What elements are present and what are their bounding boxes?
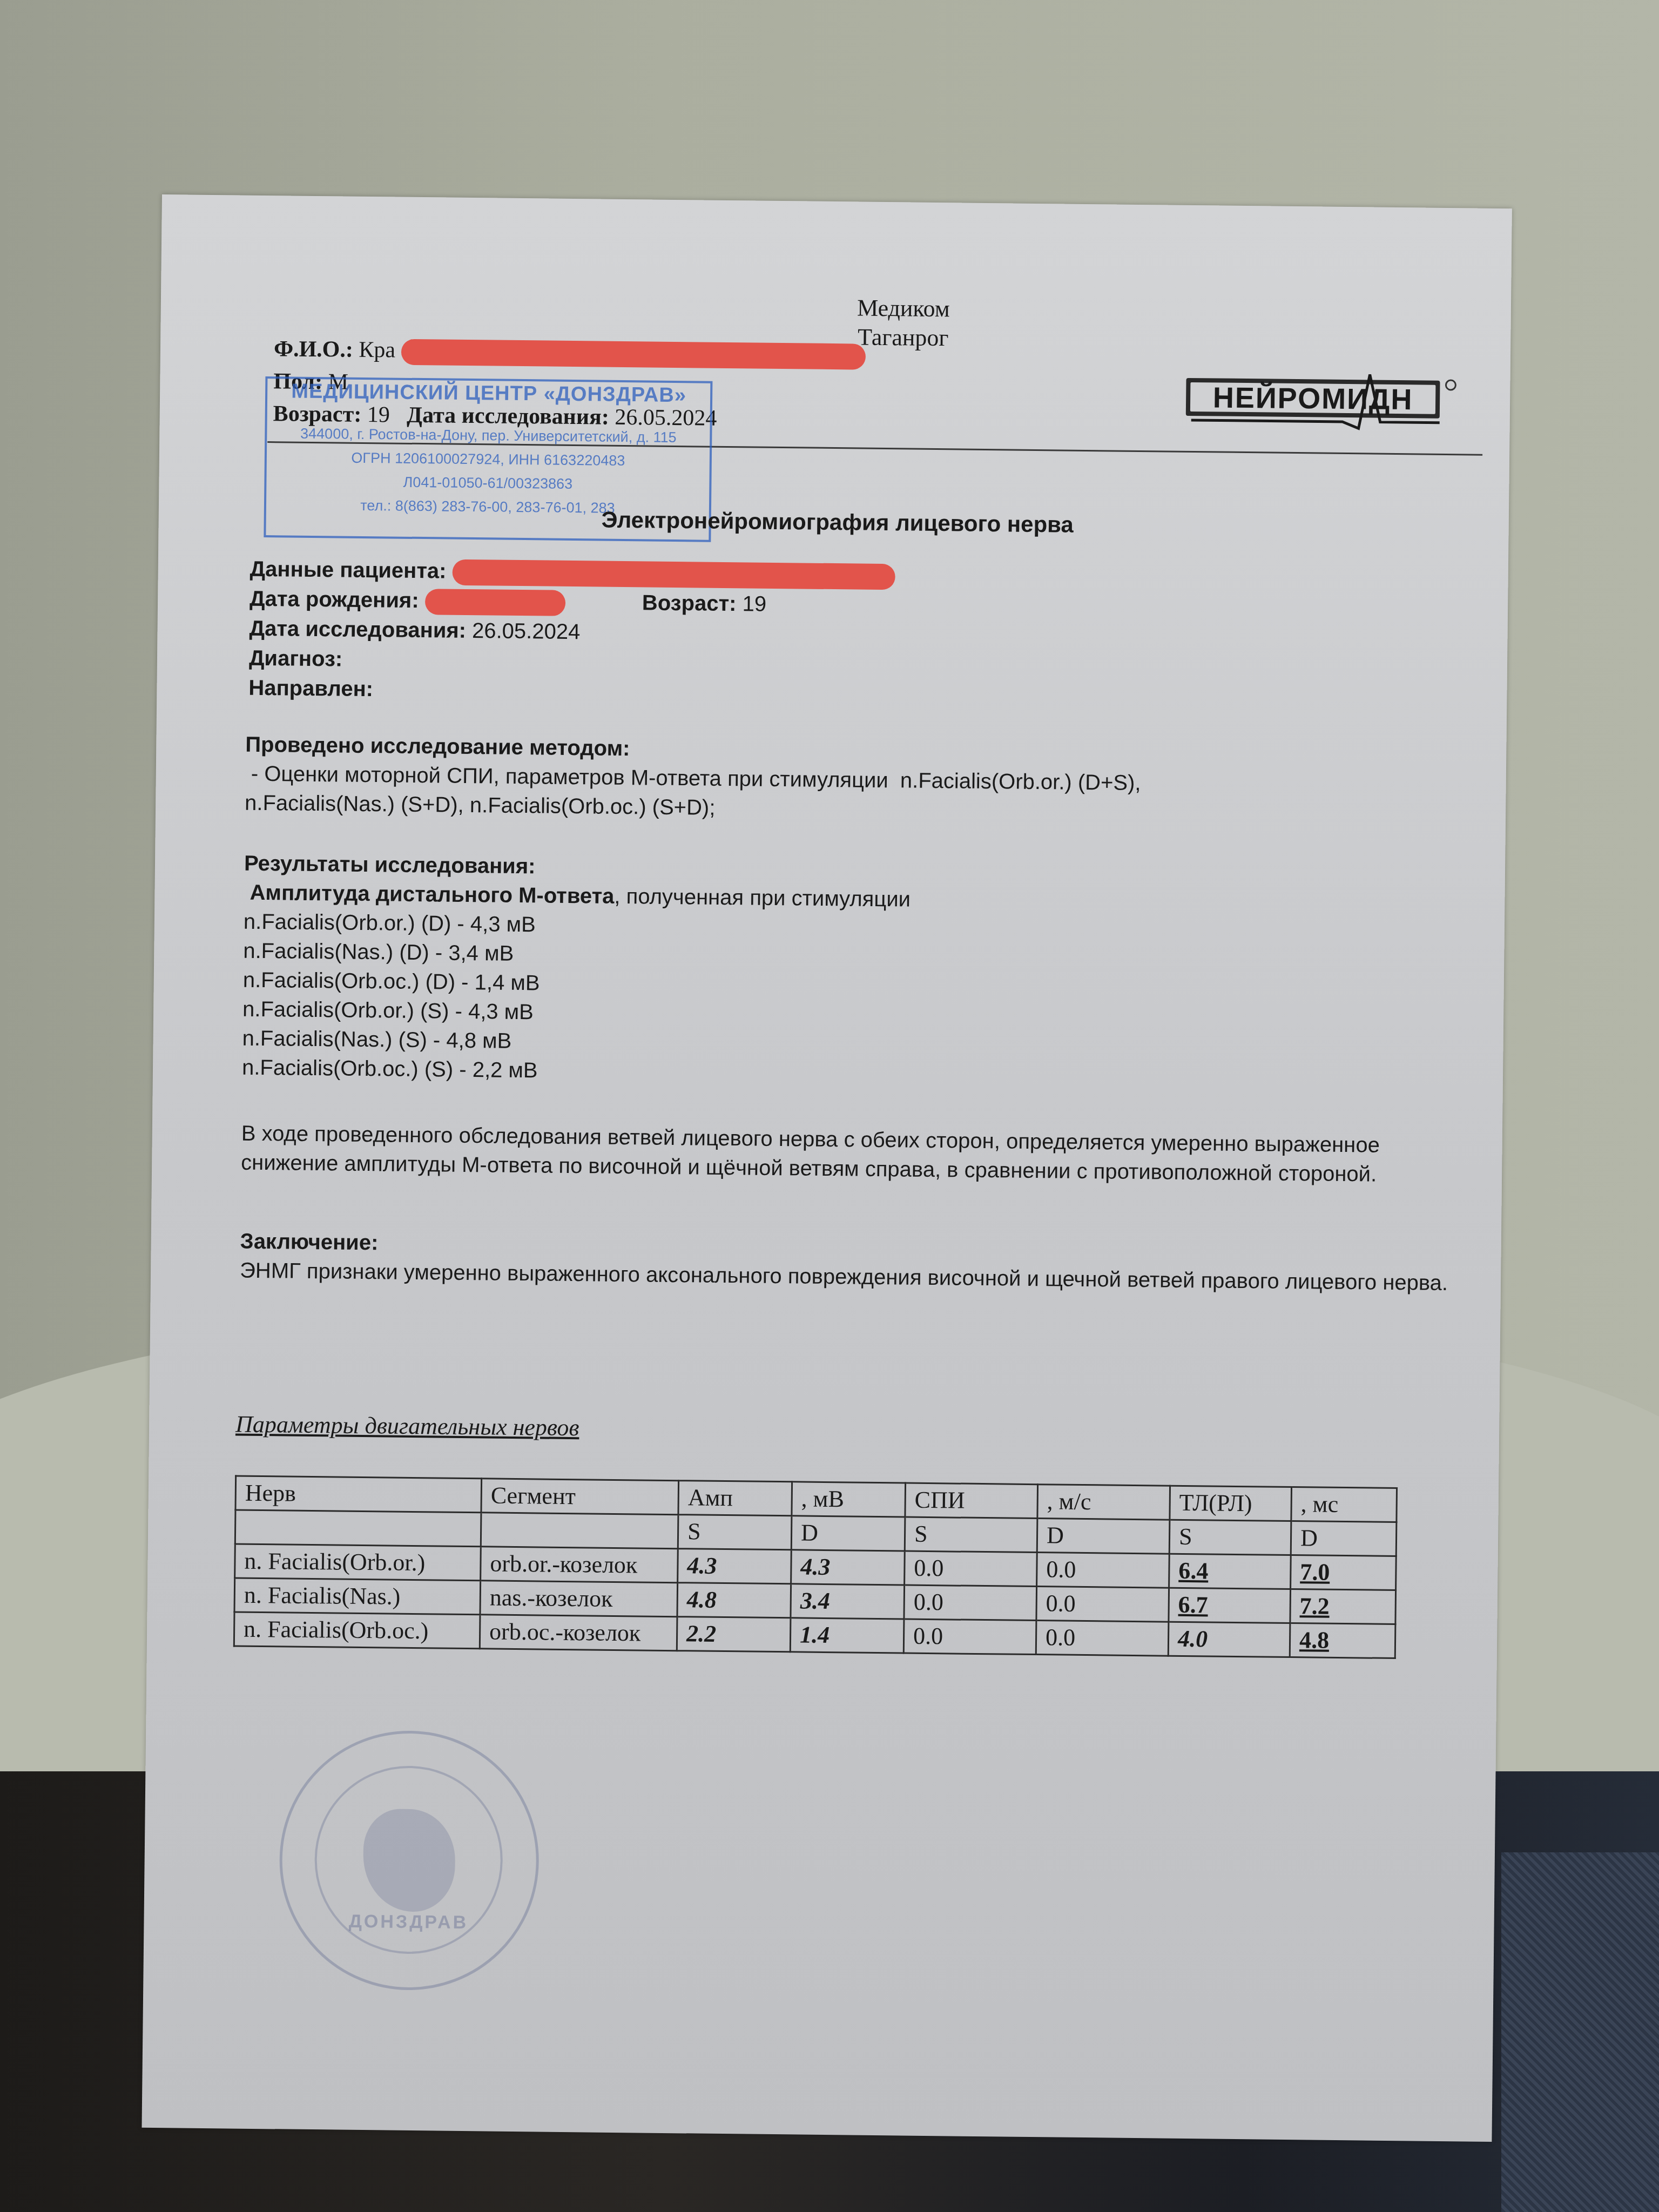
amp-d-cell: 4.3 (791, 1550, 905, 1585)
nerve-cell: n. Facialis(Orb.or.) (235, 1544, 481, 1581)
nerve-cell: n. Facialis(Orb.oc.) (234, 1612, 480, 1649)
svg-text:НЕЙРОМИДН: НЕЙРОМИДН (1213, 381, 1413, 416)
conclusion-section: Заключение: ЭНМГ признаки умеренно выраж… (240, 1227, 1482, 1298)
subheader-cell: D (1037, 1519, 1170, 1554)
amp-d-cell: 3.4 (791, 1584, 905, 1619)
tl-s-cell: 4.0 (1168, 1622, 1290, 1657)
tl-s-cell: 6.7 (1169, 1588, 1291, 1623)
stamp-title: МЕДИЦИНСКИЙ ЦЕНТР «ДОНЗДРАВ» (267, 380, 710, 408)
redaction-mark (401, 339, 865, 370)
amp-s-cell: 2.2 (677, 1617, 791, 1652)
subheader-cell (235, 1510, 481, 1547)
patient-study-date-value: 26.05.2024 (472, 619, 581, 644)
patient-data-line: Данные пациента: (249, 557, 895, 590)
segment-cell: nas.-козелок (480, 1581, 678, 1617)
birth-date-line: Дата рождения: Возраст: 19 (249, 587, 766, 618)
subheader-cell: D (1291, 1521, 1397, 1556)
header-cell: , мВ (792, 1482, 906, 1517)
subheader-cell: S (905, 1517, 1037, 1553)
method-section: Проведено исследование методом: - Оценки… (245, 730, 1488, 831)
subheader-cell (481, 1513, 678, 1549)
params-table-title: Параметры двигательных нервов (235, 1411, 579, 1442)
motor-nerve-params-table: Нерв Сегмент Амп , мВ СПИ , м/с ТЛ(РЛ) ,… (233, 1475, 1398, 1660)
header-cell: Нерв (235, 1476, 482, 1513)
tl-s-cell: 6.4 (1169, 1554, 1291, 1589)
round-seal-stamp: ДОНЗДРАВ (278, 1729, 540, 1991)
findings-paragraph: В ходе проведенного обследования ветвей … (241, 1119, 1473, 1190)
header-cell: Сегмент (481, 1479, 679, 1515)
tl-d-cell: 4.8 (1290, 1623, 1395, 1658)
spi-s-cell: 0.0 (904, 1585, 1037, 1621)
subheader-cell: S (678, 1515, 792, 1550)
patient-age-value: 19 (742, 592, 766, 616)
method-heading: Проведено исследование методом: (245, 733, 630, 760)
spi-d-cell: 0.0 (1037, 1553, 1170, 1588)
birth-date-label: Дата рождения: (249, 587, 419, 612)
results-heading: Результаты исследования: (244, 852, 536, 879)
spi-s-cell: 0.0 (903, 1619, 1036, 1655)
redaction-mark (452, 559, 895, 590)
spi-d-cell: 0.0 (1036, 1587, 1169, 1622)
tl-d-cell: 7.0 (1291, 1555, 1397, 1590)
background-fabric (1501, 1852, 1659, 2212)
subheader-cell: S (1169, 1520, 1291, 1555)
spi-d-cell: 0.0 (1036, 1621, 1169, 1656)
patient-study-date-line: Дата исследования: 26.05.2024 (249, 617, 580, 644)
amp-s-cell: 4.3 (678, 1549, 792, 1584)
medical-report-sheet: Медиком Таганрог Ф.И.О.: Кра Пол: М Возр… (142, 194, 1512, 2142)
nerve-cell: n. Facialis(Nas.) (234, 1578, 481, 1615)
report-title: Электронейромиография лицевого нерва (601, 507, 1074, 538)
tl-d-cell: 7.2 (1290, 1589, 1396, 1624)
header-cell: Амп (678, 1481, 792, 1516)
referred-label: Направлен: (248, 676, 373, 702)
header-cell: , мс (1291, 1487, 1397, 1522)
redaction-mark (424, 589, 565, 617)
fio-line: Ф.И.О.: Кра (274, 336, 866, 370)
amp-s-cell: 4.8 (677, 1583, 791, 1618)
results-subheading-rest: , полученная при стимуляции (614, 885, 911, 912)
seal-text: ДОНЗДРАВ (281, 1910, 535, 1934)
amp-d-cell: 1.4 (790, 1618, 904, 1653)
diagnosis-label: Диагноз: (249, 646, 343, 672)
patient-age-label: Возраст: (642, 591, 737, 616)
conclusion-heading: Заключение: (240, 1230, 378, 1255)
results-section: Результаты исследования: Амплитуда диста… (242, 849, 1486, 1095)
header-cell: , м/с (1037, 1485, 1170, 1520)
header-cell: ТЛ(РЛ) (1170, 1486, 1292, 1521)
stamp-address: 344000, г. Ростов-на-Дону, пер. Универси… (267, 421, 710, 450)
spi-s-cell: 0.0 (905, 1551, 1037, 1587)
subheader-cell: D (791, 1516, 905, 1551)
patient-study-date-label: Дата исследования: (249, 617, 466, 643)
patient-data-label: Данные пациента: (250, 557, 447, 583)
segment-cell: orb.or.-козелок (481, 1547, 678, 1583)
neurosoft-logo-icon: НЕЙРОМИДН (1180, 367, 1461, 435)
header-cell: СПИ (905, 1483, 1038, 1519)
results-subheading: Амплитуда дистального М-ответа (249, 881, 614, 908)
fio-label: Ф.И.О.: (274, 336, 353, 362)
segment-cell: orb.oc.-козелок (480, 1615, 677, 1651)
org-name: Медиком (822, 293, 985, 324)
fio-value: Кра (359, 338, 395, 363)
